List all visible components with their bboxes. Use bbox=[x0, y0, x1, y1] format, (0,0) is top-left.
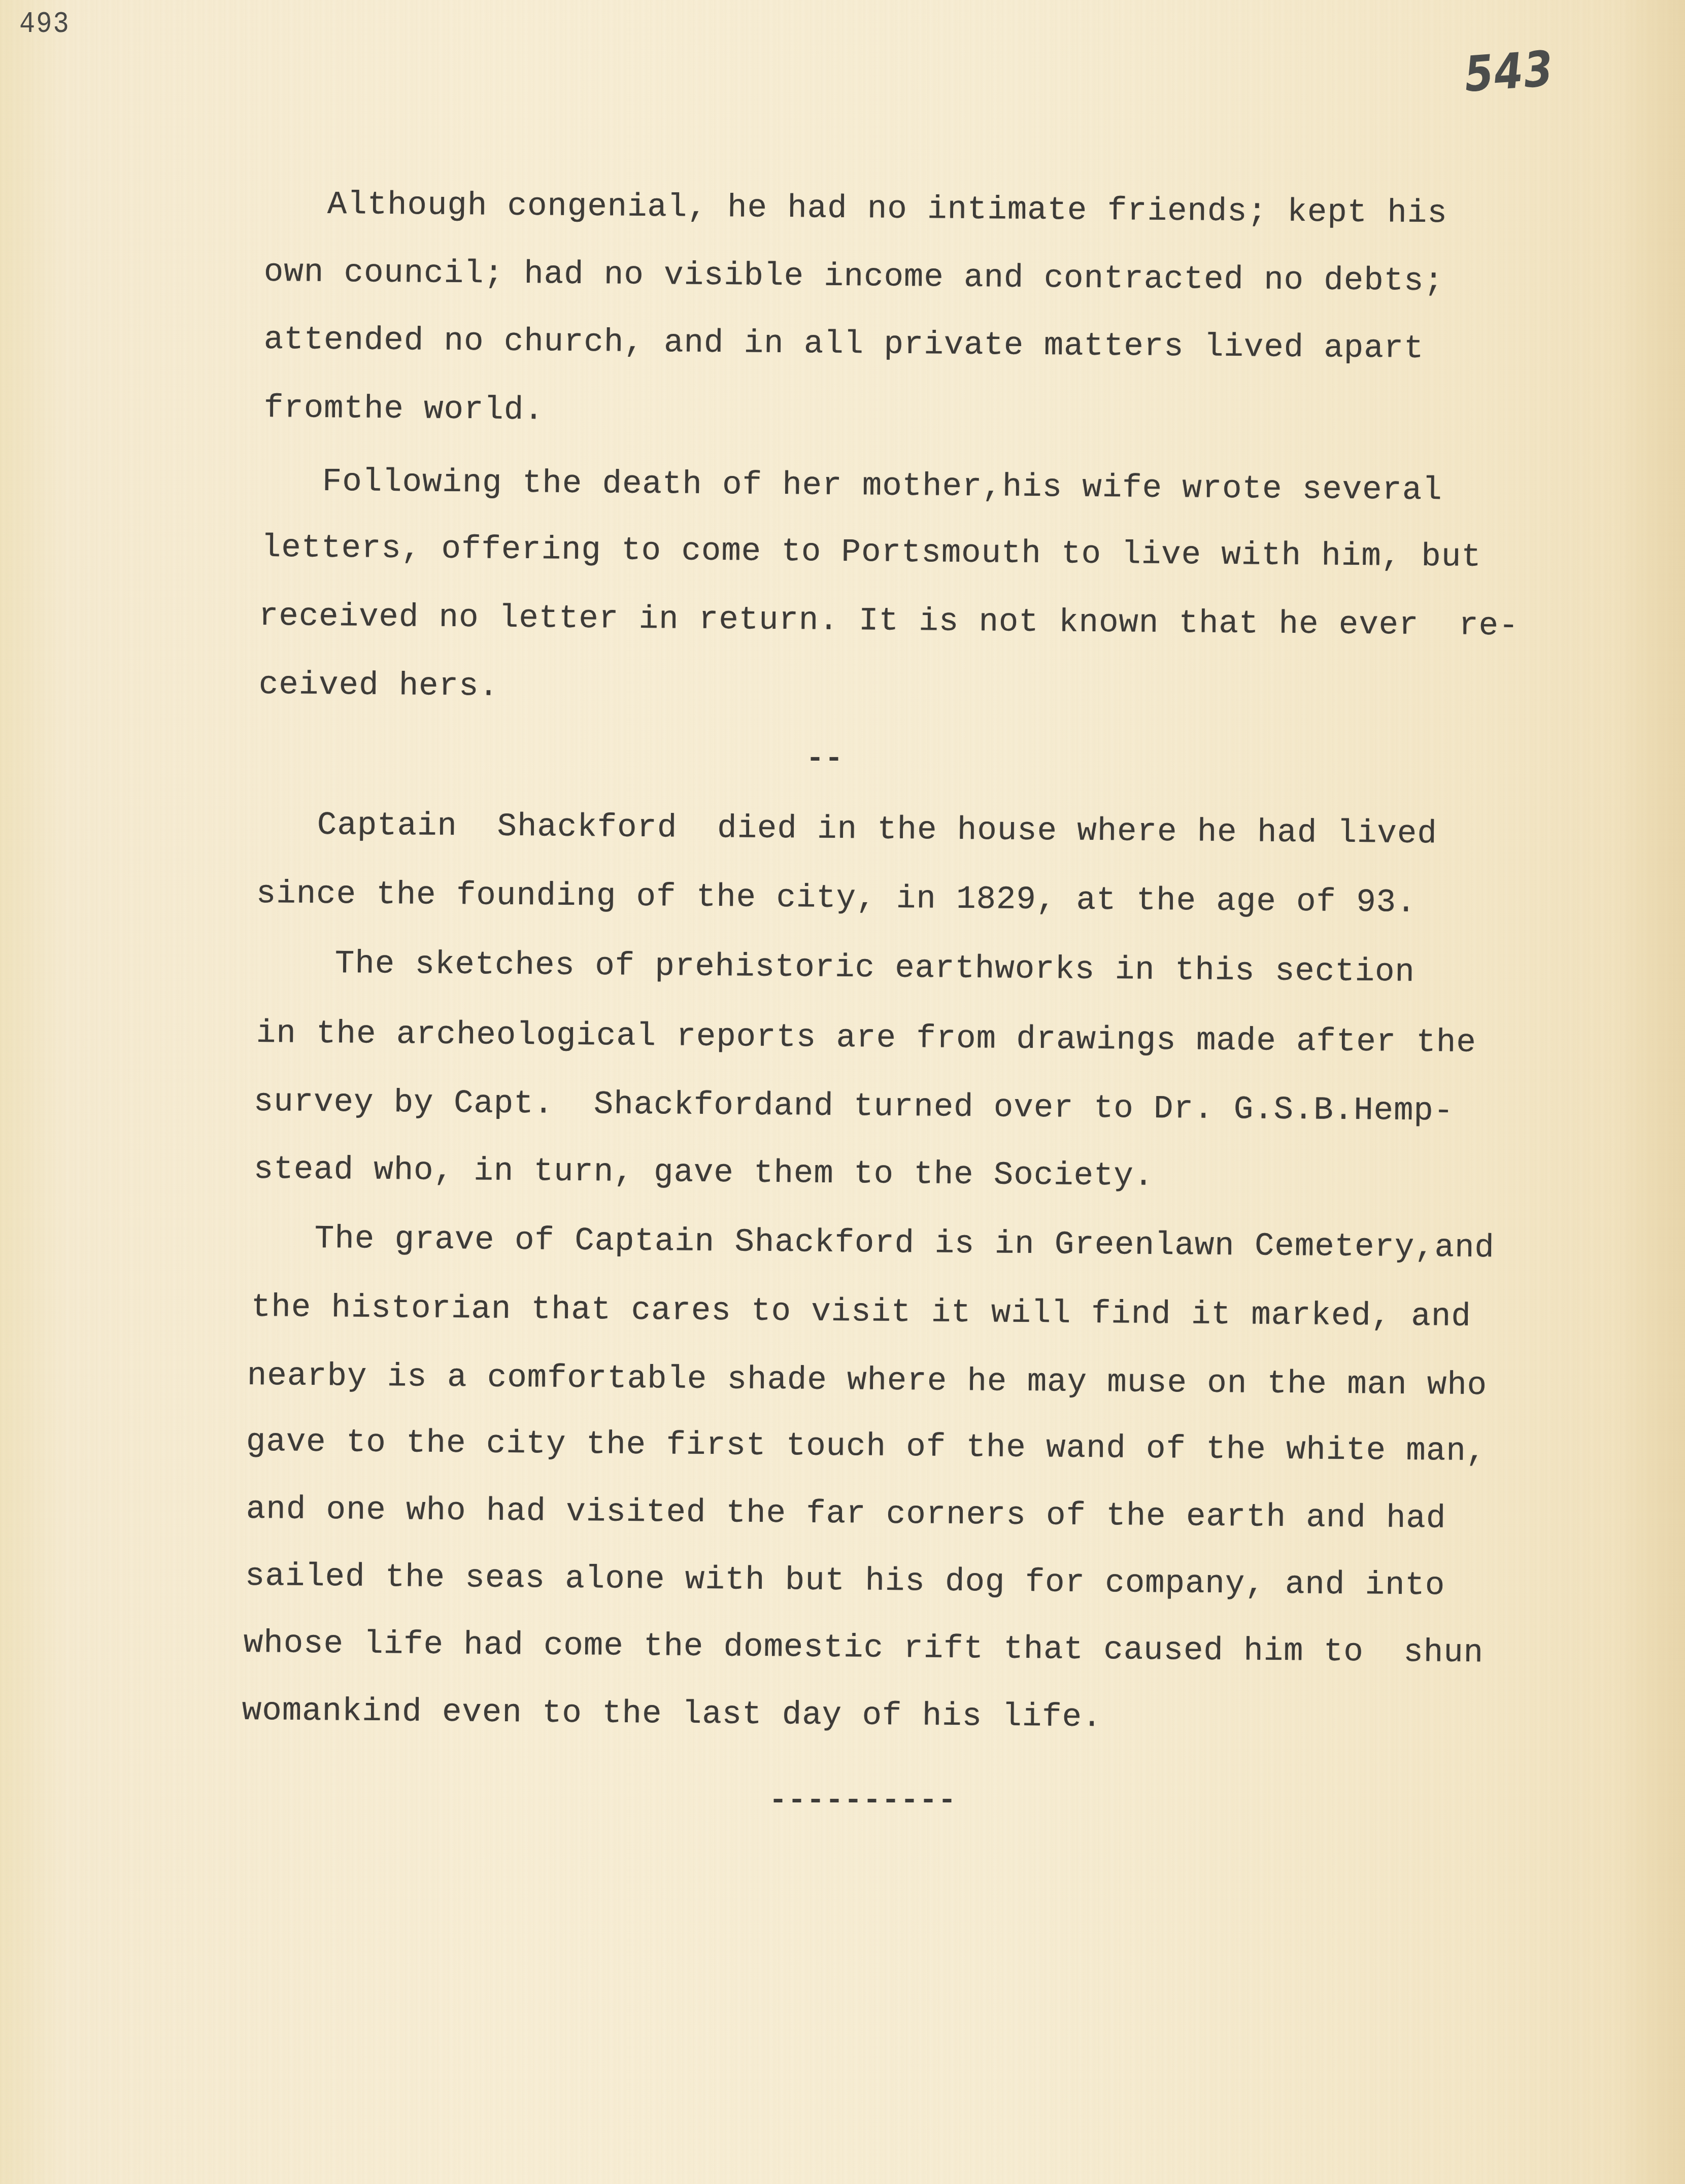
text-line: womankind even to the last day of his li… bbox=[242, 1695, 1102, 1734]
text-line: survey by Capt. Shackfordand turned over… bbox=[254, 1086, 1454, 1128]
text-line: letters, offering to come to Portsmouth … bbox=[261, 532, 1481, 574]
text-line: gave to the city the first touch of the … bbox=[246, 1426, 1487, 1468]
text-line: fromthe world. bbox=[264, 392, 544, 427]
text-line: and one who had visited the far corners … bbox=[246, 1493, 1446, 1535]
text-line: in the archeological reports are from dr… bbox=[256, 1017, 1476, 1060]
text-line: whose life had come the domestic rift th… bbox=[244, 1627, 1484, 1669]
text-line: received no letter in return. It is not … bbox=[259, 600, 1519, 642]
end-separator: ---------- bbox=[769, 1784, 957, 1818]
text-line: Following the death of her mother,his wi… bbox=[322, 466, 1442, 507]
text-line: sailed the seas alone with but his dog f… bbox=[245, 1560, 1445, 1602]
text-line: the historian that cares to visit it wil… bbox=[251, 1291, 1471, 1334]
archive-page-number: 493 bbox=[19, 7, 70, 42]
text-line: stead who, in turn, gave them to the Soc… bbox=[254, 1153, 1154, 1193]
paper-edge-shadow bbox=[1619, 0, 1685, 2184]
handwritten-page-number: 543 bbox=[1463, 40, 1556, 103]
text-line: The grave of Captain Shackford is in Gre… bbox=[315, 1223, 1495, 1265]
text-line: ceived hers. bbox=[259, 669, 499, 703]
text-line: nearby is a comfortable shade where he m… bbox=[247, 1360, 1488, 1402]
section-separator: -- bbox=[806, 742, 844, 776]
text-line: attended no church, and in all private m… bbox=[264, 324, 1424, 365]
text-line: since the founding of the city, in 1829,… bbox=[256, 878, 1417, 919]
text-line: Captain Shackford died in the house wher… bbox=[317, 809, 1437, 850]
text-line: own council; had no visible income and c… bbox=[264, 256, 1444, 298]
text-line: Although congenial, he had no intimate f… bbox=[327, 189, 1447, 230]
text-line: The sketches of prehistoric earthworks i… bbox=[335, 948, 1415, 989]
